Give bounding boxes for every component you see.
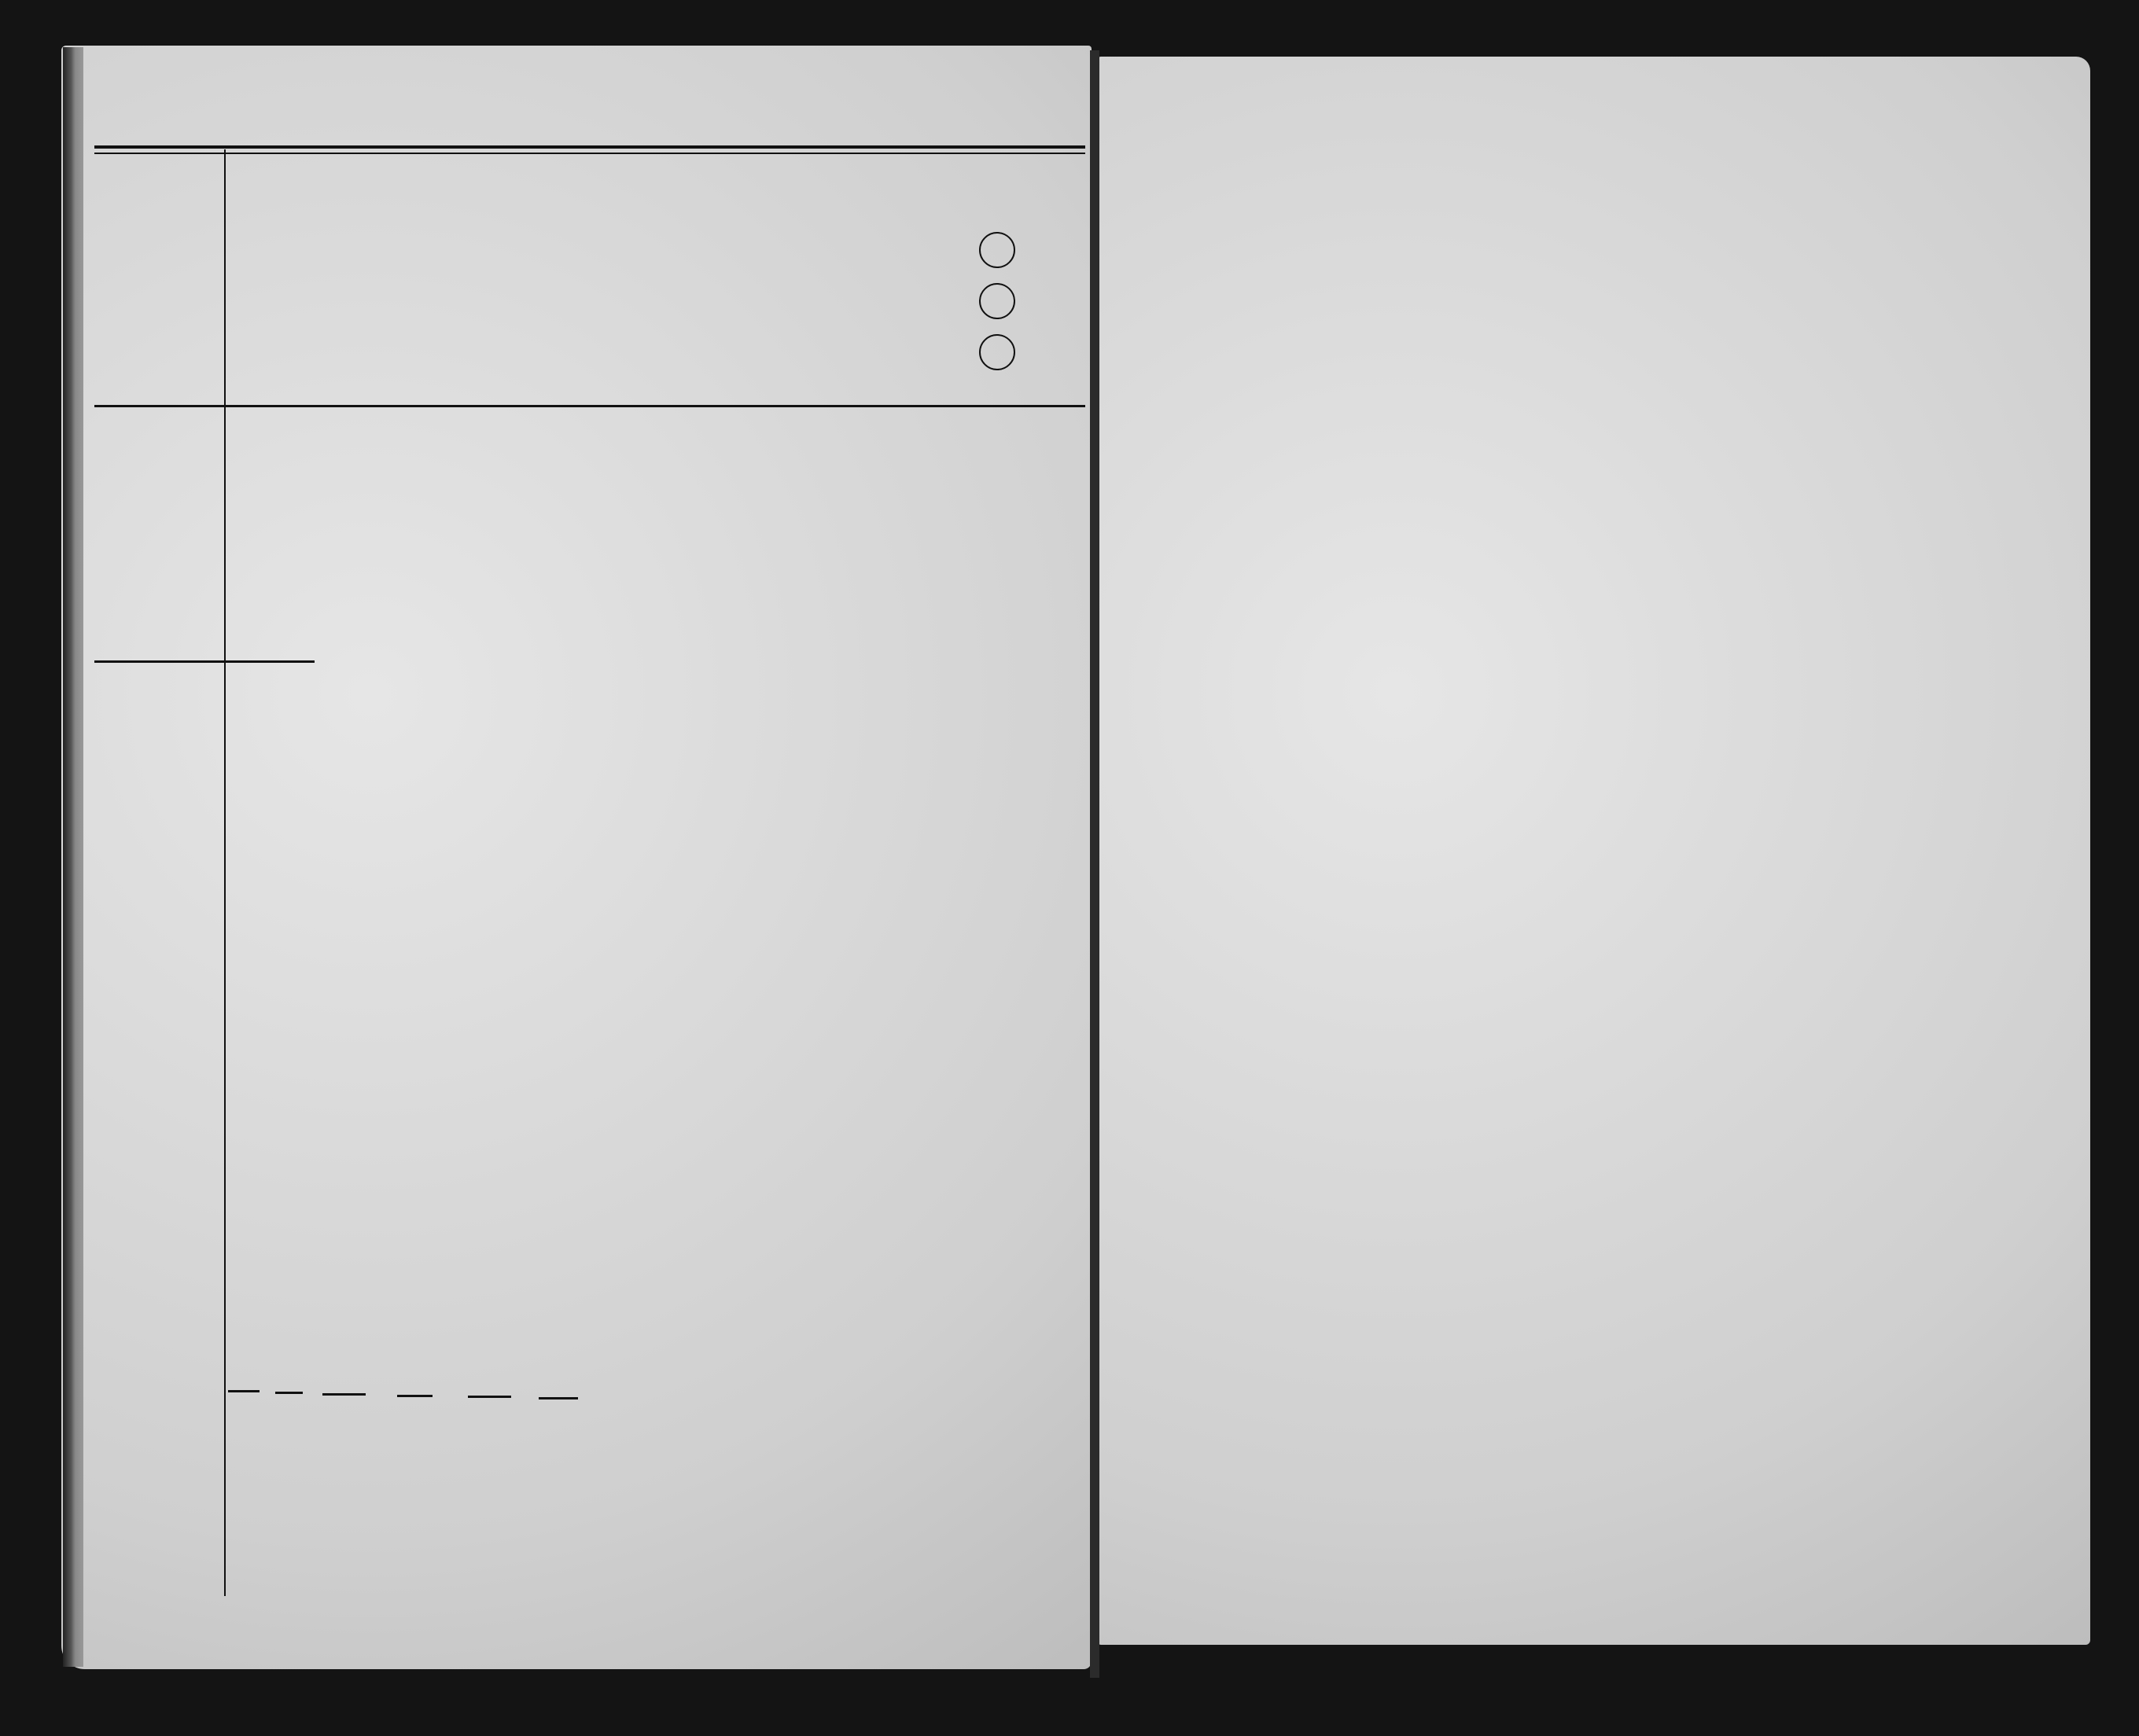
ledger-top-rule	[94, 145, 1085, 149]
right-page	[1098, 57, 2090, 1645]
ledger-top-rule-thin	[94, 153, 1085, 154]
divider-dash	[539, 1397, 578, 1399]
seal-mark	[979, 232, 1015, 268]
divider-dash	[322, 1393, 366, 1396]
margin-column-rule	[224, 149, 226, 1596]
divider-dash	[397, 1395, 433, 1397]
divider-dash	[228, 1390, 260, 1392]
entry-divider	[94, 405, 1085, 407]
book-binding-edge	[63, 47, 83, 1667]
divider-dash	[275, 1392, 303, 1394]
seal-mark	[979, 334, 1015, 370]
divider-dash	[468, 1396, 511, 1398]
seal-mark	[979, 283, 1015, 319]
page-gutter	[1090, 50, 1099, 1678]
margin-divider	[94, 660, 315, 663]
left-page	[61, 46, 1092, 1669]
